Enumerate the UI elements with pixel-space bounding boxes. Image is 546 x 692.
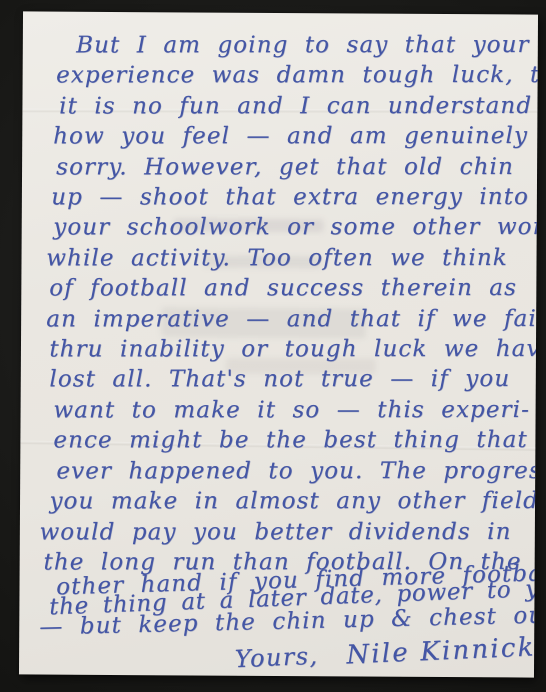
letter-line: of football and success therein as: [49, 273, 532, 304]
letter-line: thru inability or tough luck we have: [49, 334, 532, 365]
letter-body: But I am going to say that your experien…: [23, 11, 538, 674]
letter-line: would pay you better dividends in: [39, 516, 532, 547]
letter-line: an imperative — and that if we fail: [46, 304, 532, 335]
letter-line: want to make it so — this experi-: [53, 395, 532, 426]
letter-line: your schoolwork or some other worth-: [53, 212, 532, 243]
letter-line: you make in almost any other field: [49, 486, 532, 517]
letter-line: ence might be the best thing that: [53, 425, 532, 456]
signature-row: Yours, Nile Kinnick: [234, 633, 532, 676]
letter-line: lost all. That's not true — if you: [49, 364, 532, 395]
letter-line: experience was damn tough luck, that: [56, 60, 532, 91]
closing-text: Yours,: [234, 642, 319, 676]
letter-line: ever happened to you. The progress: [56, 456, 532, 487]
letter-line: while activity. Too often we think: [46, 243, 532, 274]
letter-line: But I am going to say that your: [76, 30, 532, 61]
letter-line: it is no fun and I can understand: [59, 91, 532, 122]
letter-paper: But I am going to say that your experien…: [19, 11, 538, 677]
letter-line: up — shoot that extra energy into: [51, 182, 532, 213]
letter-line: how you feel — and am genuinely: [53, 121, 532, 152]
letter-line: sorry. However, get that old chin: [56, 152, 532, 183]
scanned-letter-photo: { "scene": { "colors": { "bg": "#1b1b19"…: [0, 0, 546, 692]
signature-name: Nile Kinnick: [346, 633, 536, 671]
